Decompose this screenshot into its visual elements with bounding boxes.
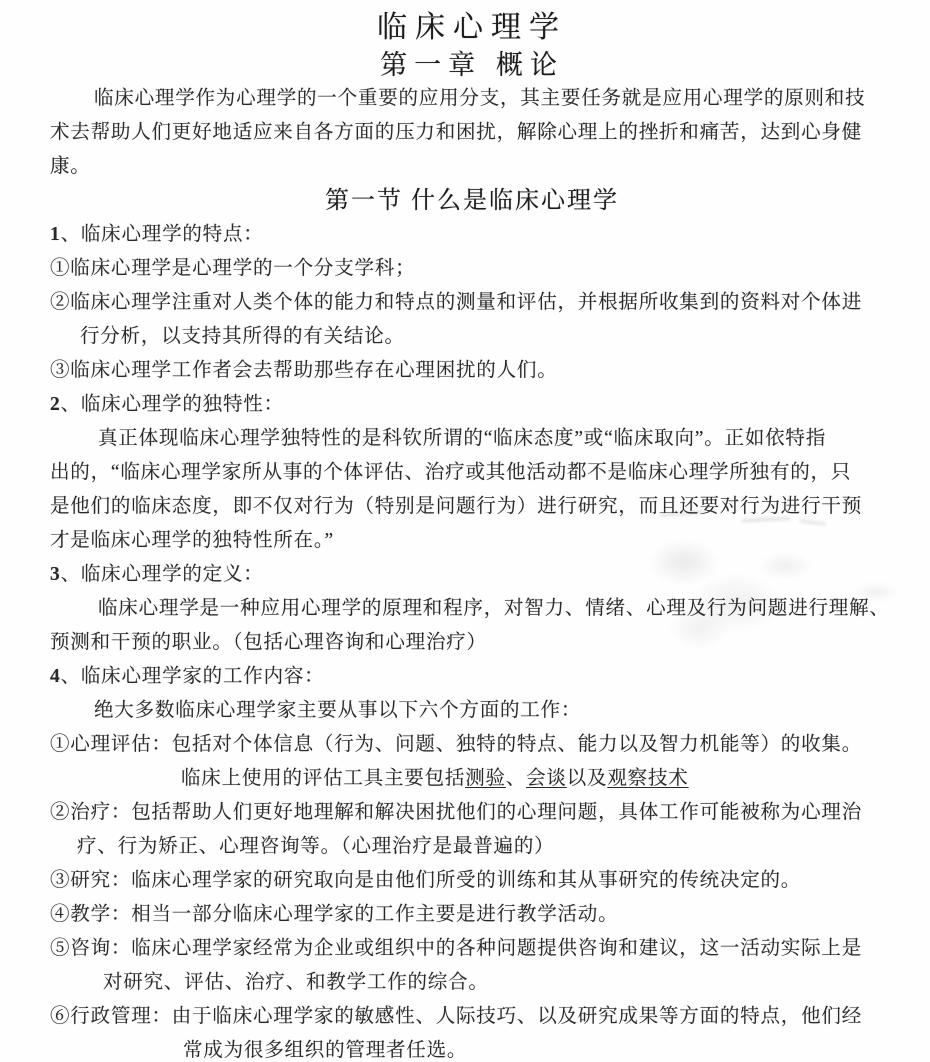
text-segment: 出的，“临床心理学家所从事的个体评估、治疗或其他活动都不是临床心理学所独有的，只	[50, 462, 851, 483]
text-segment: 常成为很多组织的管理者任选。	[183, 1040, 467, 1061]
text-segment: 才是临床心理学的独特性所在。”	[50, 530, 334, 551]
text-segment: 行分析，以支持其所得的有关结论。	[80, 326, 405, 347]
text-line: ①临床心理学是心理学的一个分支学科；	[50, 252, 894, 286]
text-segment: 真正体现临床心理学独特性的是科钦所谓的“临床态度”或“临床取向”。正如依特指	[98, 428, 826, 449]
text-segment: 、	[506, 768, 526, 789]
text-line: 2、临床心理学的独特性：	[50, 388, 894, 422]
text-segment: 、临床心理学的特点：	[61, 224, 264, 245]
text-segment: 术去帮助人们更好地适应来自各方面的压力和困扰，解除心理上的挫折和痛苦，达到心身健	[50, 122, 862, 143]
text-segment: 、临床心理学的独特性：	[61, 394, 284, 415]
list-number: 4	[50, 666, 61, 687]
text-segment: ④教学：相当一部分临床心理学家的工作主要是进行教学活动。	[50, 904, 618, 925]
intro-paragraph: 临床心理学作为心理学的一个重要的应用分支，其主要任务就是应用心理学的原则和技术去…	[50, 82, 894, 184]
text-line: 术去帮助人们更好地适应来自各方面的压力和困扰，解除心理上的挫折和痛苦，达到心身健	[50, 116, 894, 150]
text-segment: 临床心理学是一种应用心理学的原理和程序，对智力、情绪、心理及行为问题进行理解、	[98, 598, 890, 619]
list-number: 3	[50, 564, 61, 585]
text-line: 是他们的临床态度，即不仅对行为（特别是问题行为）进行研究，而且还要对行为进行干预	[50, 490, 894, 524]
text-line: 绝大多数临床心理学家主要从事以下六个方面的工作：	[50, 694, 894, 728]
text-segment: ⑥行政管理：由于临床心理学家的敏感性、人际技巧、以及研究成果等方面的特点，他们经	[50, 1006, 862, 1027]
text-line: ⑤咨询：临床心理学家经常为企业或组织中的各种问题提供咨询和建议，这一活动实际上是	[50, 932, 894, 966]
text-segment: 临床心理学作为心理学的一个重要的应用分支，其主要任务就是应用心理学的原则和技	[94, 88, 865, 109]
text-segment: 疗、行为矫正、心理咨询等。（心理治疗是最普遍的）	[77, 836, 554, 857]
text-line: 4、临床心理学家的工作内容：	[50, 660, 894, 694]
text-segment: 绝大多数临床心理学家主要从事以下六个方面的工作：	[94, 700, 581, 721]
text-segment: 以及	[567, 768, 608, 789]
text-line: 临床心理学是一种应用心理学的原理和程序，对智力、情绪、心理及行为问题进行理解、	[50, 592, 894, 626]
text-line: 真正体现临床心理学独特性的是科钦所谓的“临床态度”或“临床取向”。正如依特指	[50, 422, 894, 456]
text-segment: ③研究：临床心理学家的研究取向是由他们所受的训练和其从事研究的传统决定的。	[50, 870, 801, 891]
underlined-term: 会谈	[526, 768, 567, 789]
text-line: 才是临床心理学的独特性所在。”	[50, 524, 894, 558]
text-segment: 临床上使用的评估工具主要包括	[181, 768, 465, 789]
text-segment: ⑤咨询：临床心理学家经常为企业或组织中的各种问题提供咨询和建议，这一活动实际上是	[50, 938, 862, 959]
text-segment: ②治疗：包括帮助人们更好地理解和解决困扰他们的心理问题，具体工作可能被称为心理治	[50, 802, 862, 823]
text-line: ④教学：相当一部分临床心理学家的工作主要是进行教学活动。	[50, 898, 894, 932]
underlined-term: 测验	[465, 768, 506, 789]
text-segment: 对研究、评估、治疗、和教学工作的综合。	[103, 972, 489, 993]
text-segment: 康。	[50, 156, 91, 177]
text-segment: 、临床心理学家的工作内容：	[61, 666, 325, 687]
text-line: 行分析，以支持其所得的有关结论。	[50, 320, 894, 354]
text-line: 预测和干预的职业。（包括心理咨询和心理治疗）	[50, 626, 894, 660]
text-line: 常成为很多组织的管理者任选。	[50, 1034, 894, 1062]
text-line: ⑥行政管理：由于临床心理学家的敏感性、人际技巧、以及研究成果等方面的特点，他们经	[50, 1000, 894, 1034]
text-line: 康。	[50, 150, 894, 184]
text-segment: ③临床心理学工作者会去帮助那些存在心理困扰的人们。	[50, 360, 558, 381]
chapter-heading: 第一章 概论	[50, 48, 894, 82]
text-line: 临床心理学作为心理学的一个重要的应用分支，其主要任务就是应用心理学的原则和技	[50, 82, 894, 116]
text-line: ②临床心理学注重对人类个体的能力和特点的测量和评估，并根据所收集到的资料对个体进	[50, 286, 894, 320]
section-heading: 第一节 什么是临床心理学	[50, 184, 894, 218]
document-title: 临床心理学	[50, 8, 894, 48]
text-line: 1、临床心理学的特点：	[50, 218, 894, 252]
document-page: 临床心理学 第一章 概论 临床心理学作为心理学的一个重要的应用分支，其主要任务就…	[0, 0, 930, 1062]
text-segment: ①心理评估：包括对个体信息（行为、问题、独特的特点、能力以及智力机能等）的收集。	[50, 734, 862, 755]
text-line: ③研究：临床心理学家的研究取向是由他们所受的训练和其从事研究的传统决定的。	[50, 864, 894, 898]
text-segment: 、临床心理学的定义：	[61, 564, 264, 585]
list-number: 2	[50, 394, 61, 415]
text-line: ②治疗：包括帮助人们更好地理解和解决困扰他们的心理问题，具体工作可能被称为心理治	[50, 796, 894, 830]
text-segment: ①临床心理学是心理学的一个分支学科；	[50, 258, 415, 279]
text-segment: 预测和干预的职业。（包括心理咨询和心理治疗）	[50, 632, 487, 653]
text-line: ①心理评估：包括对个体信息（行为、问题、独特的特点、能力以及智力机能等）的收集。	[50, 728, 894, 762]
text-line: 出的，“临床心理学家所从事的个体评估、治疗或其他活动都不是临床心理学所独有的，只	[50, 456, 894, 490]
text-line: 对研究、评估、治疗、和教学工作的综合。	[50, 966, 894, 1000]
text-line: ③临床心理学工作者会去帮助那些存在心理困扰的人们。	[50, 354, 894, 388]
text-segment: ②临床心理学注重对人类个体的能力和特点的测量和评估，并根据所收集到的资料对个体进	[50, 292, 862, 313]
text-line: 疗、行为矫正、心理咨询等。（心理治疗是最普遍的）	[50, 830, 894, 864]
text-line: 临床上使用的评估工具主要包括测验、会谈以及观察技术	[50, 762, 894, 796]
text-segment: 是他们的临床态度，即不仅对行为（特别是问题行为）进行研究，而且还要对行为进行干预	[50, 496, 862, 517]
text-line: 3、临床心理学的定义：	[50, 558, 894, 592]
list-number: 1	[50, 224, 61, 245]
document-body: 1、临床心理学的特点：①临床心理学是心理学的一个分支学科；②临床心理学注重对人类…	[50, 218, 894, 1062]
underlined-term: 观察技术	[607, 768, 688, 789]
